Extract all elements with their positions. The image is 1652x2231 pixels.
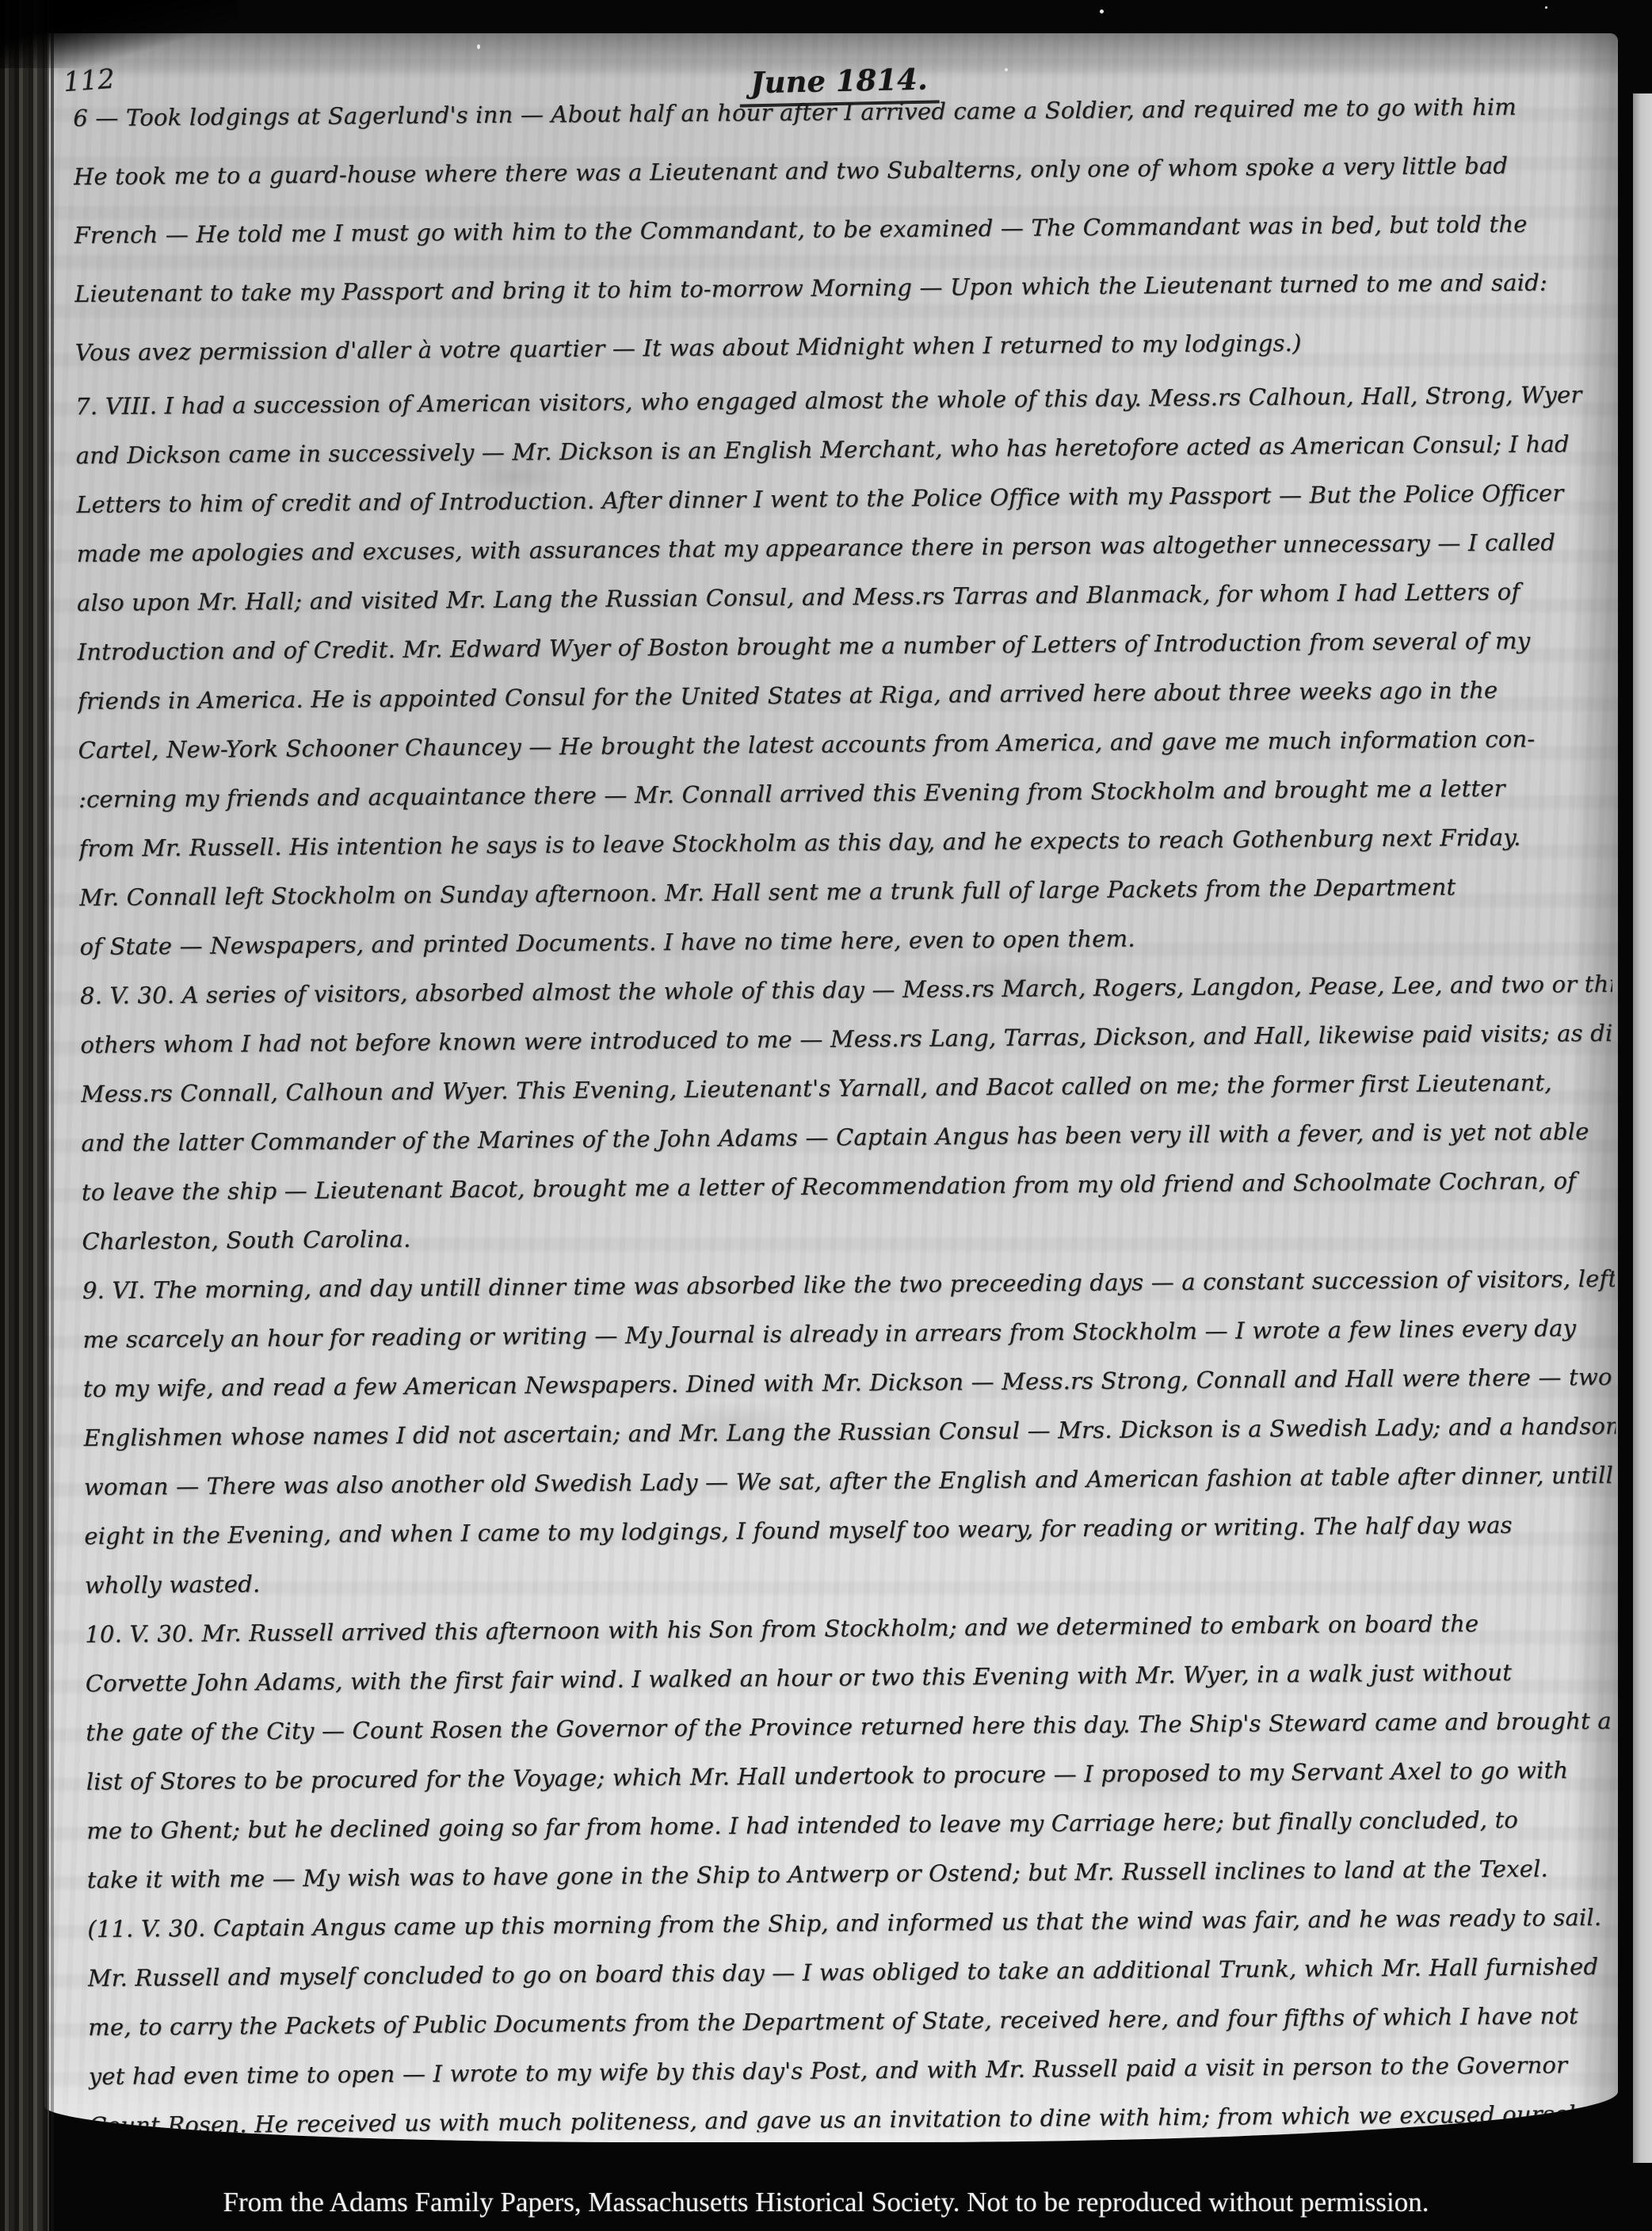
page-edge-line (51, 0, 54, 2231)
adjacent-page-edge (1633, 93, 1652, 2163)
book-spine (0, 0, 49, 2231)
scanned-page-photo: 112 June 1814. 6 — Took lodgings at Sage… (0, 0, 1652, 2231)
dust-speck (477, 44, 480, 49)
manuscript-text: 6 — Took lodgings at Sagerlund's inn — A… (73, 77, 1618, 2138)
credit-line: From the Adams Family Papers, Massachuse… (0, 2174, 1652, 2231)
manuscript-line: Lieutenant to take my Passport and bring… (74, 253, 1608, 323)
dust-speck (1545, 6, 1547, 9)
dust-speck (1100, 10, 1104, 13)
manuscript-page: 112 June 1814. 6 — Took lodgings at Sage… (44, 33, 1618, 2142)
dust-speck (1005, 68, 1008, 71)
